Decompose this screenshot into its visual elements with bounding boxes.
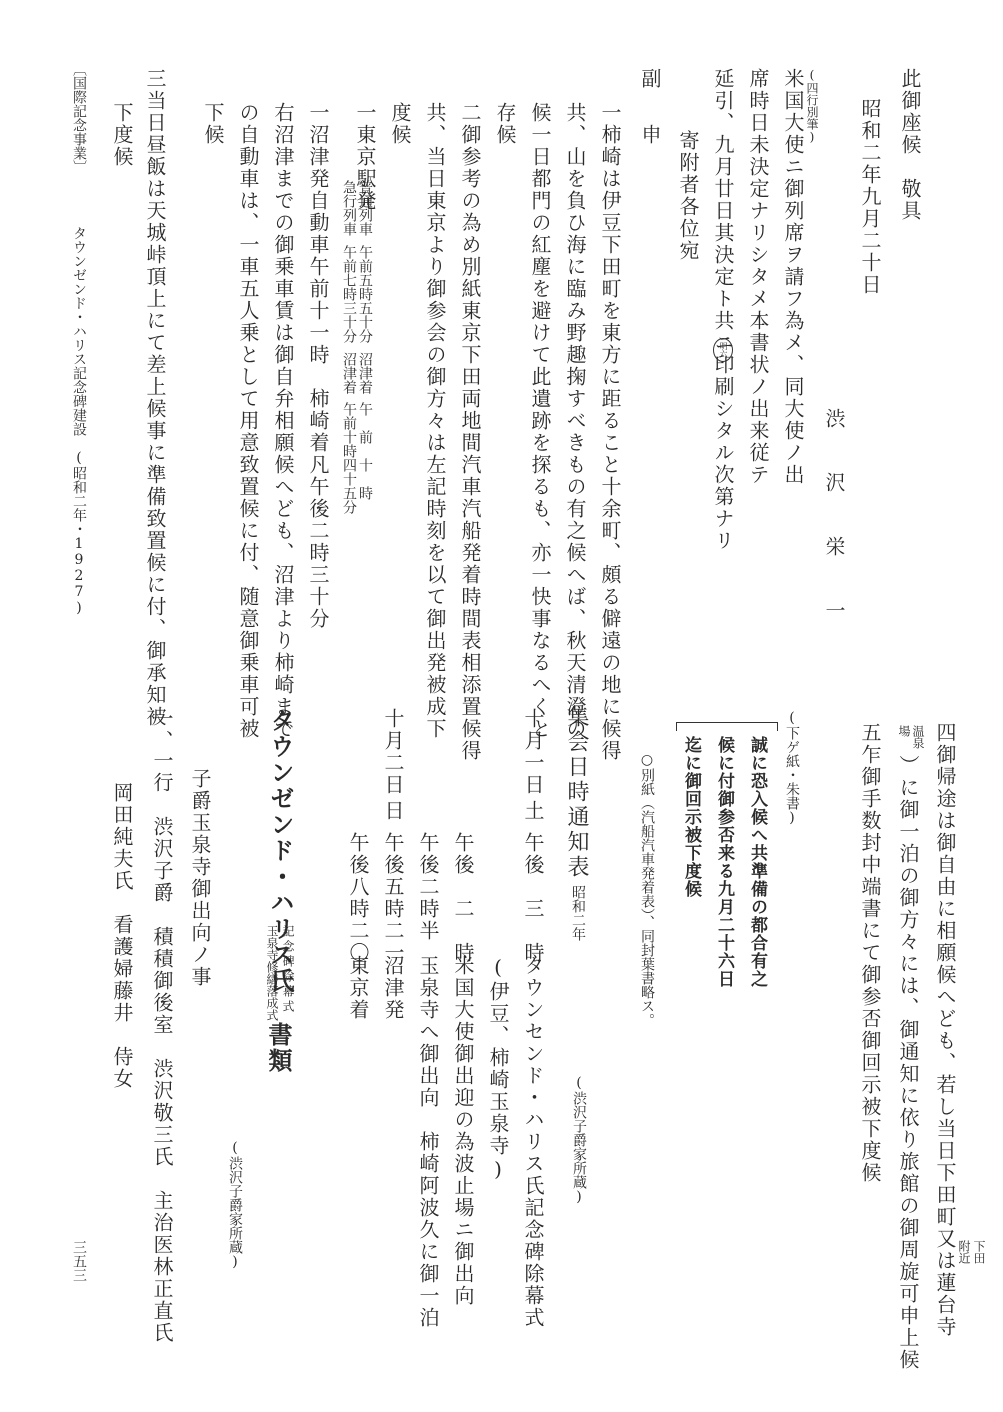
body-line-1: 米国大使ニ御列席ヲ請フ為メ、同大使ノ出 xyxy=(783,68,803,486)
train-arrive-express: 午前十時四十五分 xyxy=(342,402,356,514)
boxed-note-bracket xyxy=(676,722,778,731)
sched-event-5: 沼津発 xyxy=(383,955,403,1021)
item4-line-1: 四御帰途は御自由に相願候へども、若し当日下田町又は蓮台寺 xyxy=(935,722,955,1338)
item-cont-2: の自動車は、一車五人乗として用意致置候に付、随意御乗車可被 xyxy=(238,102,258,740)
sched-time-3: 午後 二 時 xyxy=(453,832,473,964)
train-type-express: 急行列車 xyxy=(342,180,356,236)
page-number: 三五三 xyxy=(72,1240,86,1282)
item4-paren-lower: 附近 xyxy=(958,1240,970,1264)
item-line-2: 共、山を負ひ海に臨み野趣掬すべきもの有之候へば、秋天清澄の xyxy=(565,102,585,740)
section-title-sub-top: 記念碑除幕式 xyxy=(282,925,294,1015)
train-arrive-label-express: 沼津着 xyxy=(342,352,356,394)
item-cont-1: 右沼津までの御乗車賃は御自弁相願候へども、沼津より柿崎まで xyxy=(273,102,293,740)
boxed-line-3: 迄に御回示被下度候 xyxy=(682,736,699,898)
source-note-2: (渋沢子爵家所蔵) xyxy=(228,1140,242,1270)
section-title-end: 書類 xyxy=(266,1022,290,1074)
sched-event-1: タウンセンド・ハリス氏記念碑除幕式 xyxy=(523,955,543,1329)
seal-stamp: 明六 xyxy=(713,338,733,362)
body-line-2: 席時日未決定ナリシタメ本書状ノ出来従テ xyxy=(748,68,768,486)
item-line-7: 度候 xyxy=(390,102,410,146)
notice-year: 昭和二年 xyxy=(571,885,585,941)
annotation-bettpitsu: (四行別筆) xyxy=(806,68,818,144)
body-line-3: 延引、九月廿日其決定ト共ニ印刷シタル次第ナリ xyxy=(713,68,733,552)
sched-day-5: 日 xyxy=(383,800,403,822)
postscript-heading: 副 申 xyxy=(640,68,660,152)
train-depart-express: 午前七時三十分 xyxy=(342,245,356,343)
notice-title: 集会日時通知表 xyxy=(565,705,587,880)
signature: 渋 沢 栄 一 xyxy=(824,408,844,632)
item-cont-5: 下度候 xyxy=(112,102,132,168)
sched-time-5: 午後五時二一 xyxy=(383,832,403,964)
section-title-sub-bottom: 玉泉寺修繕落成式 xyxy=(266,925,278,1021)
sched-time-4: 午後二時半 xyxy=(418,832,438,942)
train-depart-local: 午前五時五十分 xyxy=(358,245,372,343)
letter-closing: 此御座候 敬具 xyxy=(900,68,920,222)
train-arrive-label-local: 沼津着 xyxy=(358,352,372,394)
sagegami-note: (下ゲ紙・朱書) xyxy=(785,710,799,826)
item-line-1: 一柿崎は伊豆下田町を東方に距ること十余町、頗る僻遠の地に候得 xyxy=(600,102,620,762)
boxed-line-1: 誠に恐入候へ共準備の都合有之 xyxy=(748,736,765,988)
footer-title: タウンゼンド・ハリス記念碑建設 (昭和二年・1927) xyxy=(72,226,86,616)
item5-line: 五乍御手数封中端書にて御参否御回示被下度候 xyxy=(860,722,880,1184)
item4-onsen-upper: 温泉 xyxy=(912,725,924,749)
sched-time-1: 午後 三 時 xyxy=(523,832,543,964)
item4-onsen-lower: 場 xyxy=(898,725,910,737)
footer-series: 〔国際記念事業〕 xyxy=(72,62,86,174)
sched-date-5: 十月二日 xyxy=(383,708,403,796)
item4-line-2: ）に御一泊の御方々には、御通知に依り旅館の御周旋可申上候 xyxy=(898,755,918,1371)
sched-event-4: 玉泉寺へ御出向 柿崎阿波久に御一泊 xyxy=(418,955,438,1329)
numazu-car-line: 一沼津発自動車午前十一時 柿崎着凡午後二時三十分 xyxy=(308,102,328,630)
enclosure-note: ○別紙（汽船汽車発着表）、同封葉書略ス。 xyxy=(640,752,654,1027)
source-note-1: (渋沢子爵家所蔵) xyxy=(572,1075,586,1205)
addressee: 寄附者各位宛 xyxy=(678,130,698,262)
visit-line-2: 岡田純夫氏 看護婦藤井 侍女 xyxy=(112,782,132,1090)
item-line-3: 候一日都門の紅塵を避けて此遺跡を探るも、亦一快事なるへくと xyxy=(530,102,550,740)
letter-date: 昭和二年九月二十日 xyxy=(860,98,880,296)
sched-day-1: 土 xyxy=(523,800,543,822)
sched-date-1: 十月一日 xyxy=(523,708,543,796)
sched-event-6: 東京着 xyxy=(348,955,368,1021)
item-cont-4: 三当日昼飯は天城峠頂上にて差上候事に準備致置候に付、御承知被 xyxy=(145,68,165,728)
item4-paren-upper: 下田 xyxy=(973,1240,985,1264)
train-arrive-local: 午 前 十 時 xyxy=(358,402,372,500)
item-line-6: 共、当日東京より御参会の御方々は左記時刻を以て御出発被成下 xyxy=(425,102,445,740)
visit-line-1: 一行 渋沢子爵 積積御後室 渋沢敬三氏 主治医林正直氏 xyxy=(152,750,172,1344)
item-line-4: 存候 xyxy=(495,102,515,146)
visit-marker: 一、 xyxy=(152,708,172,752)
item-line-5: 二御参考の為め別紙東京下田両地間汽車汽船発着時間表相添置候得 xyxy=(460,102,480,762)
visit-heading: 子爵玉泉寺御出向ノ事 xyxy=(190,768,210,988)
item-cont-3: 下候 xyxy=(203,102,223,146)
boxed-line-2: 候に付御参否来る九月二十六日 xyxy=(715,736,732,988)
train-type-local: 普通列車 xyxy=(358,180,372,236)
sched-event-2: (伊豆、柿崎玉泉寺) xyxy=(488,955,508,1183)
sched-event-3: 米国大使御出迎の為波止場ニ御出向 xyxy=(453,955,473,1307)
sched-time-6: 午後八時二〇 xyxy=(348,832,368,964)
